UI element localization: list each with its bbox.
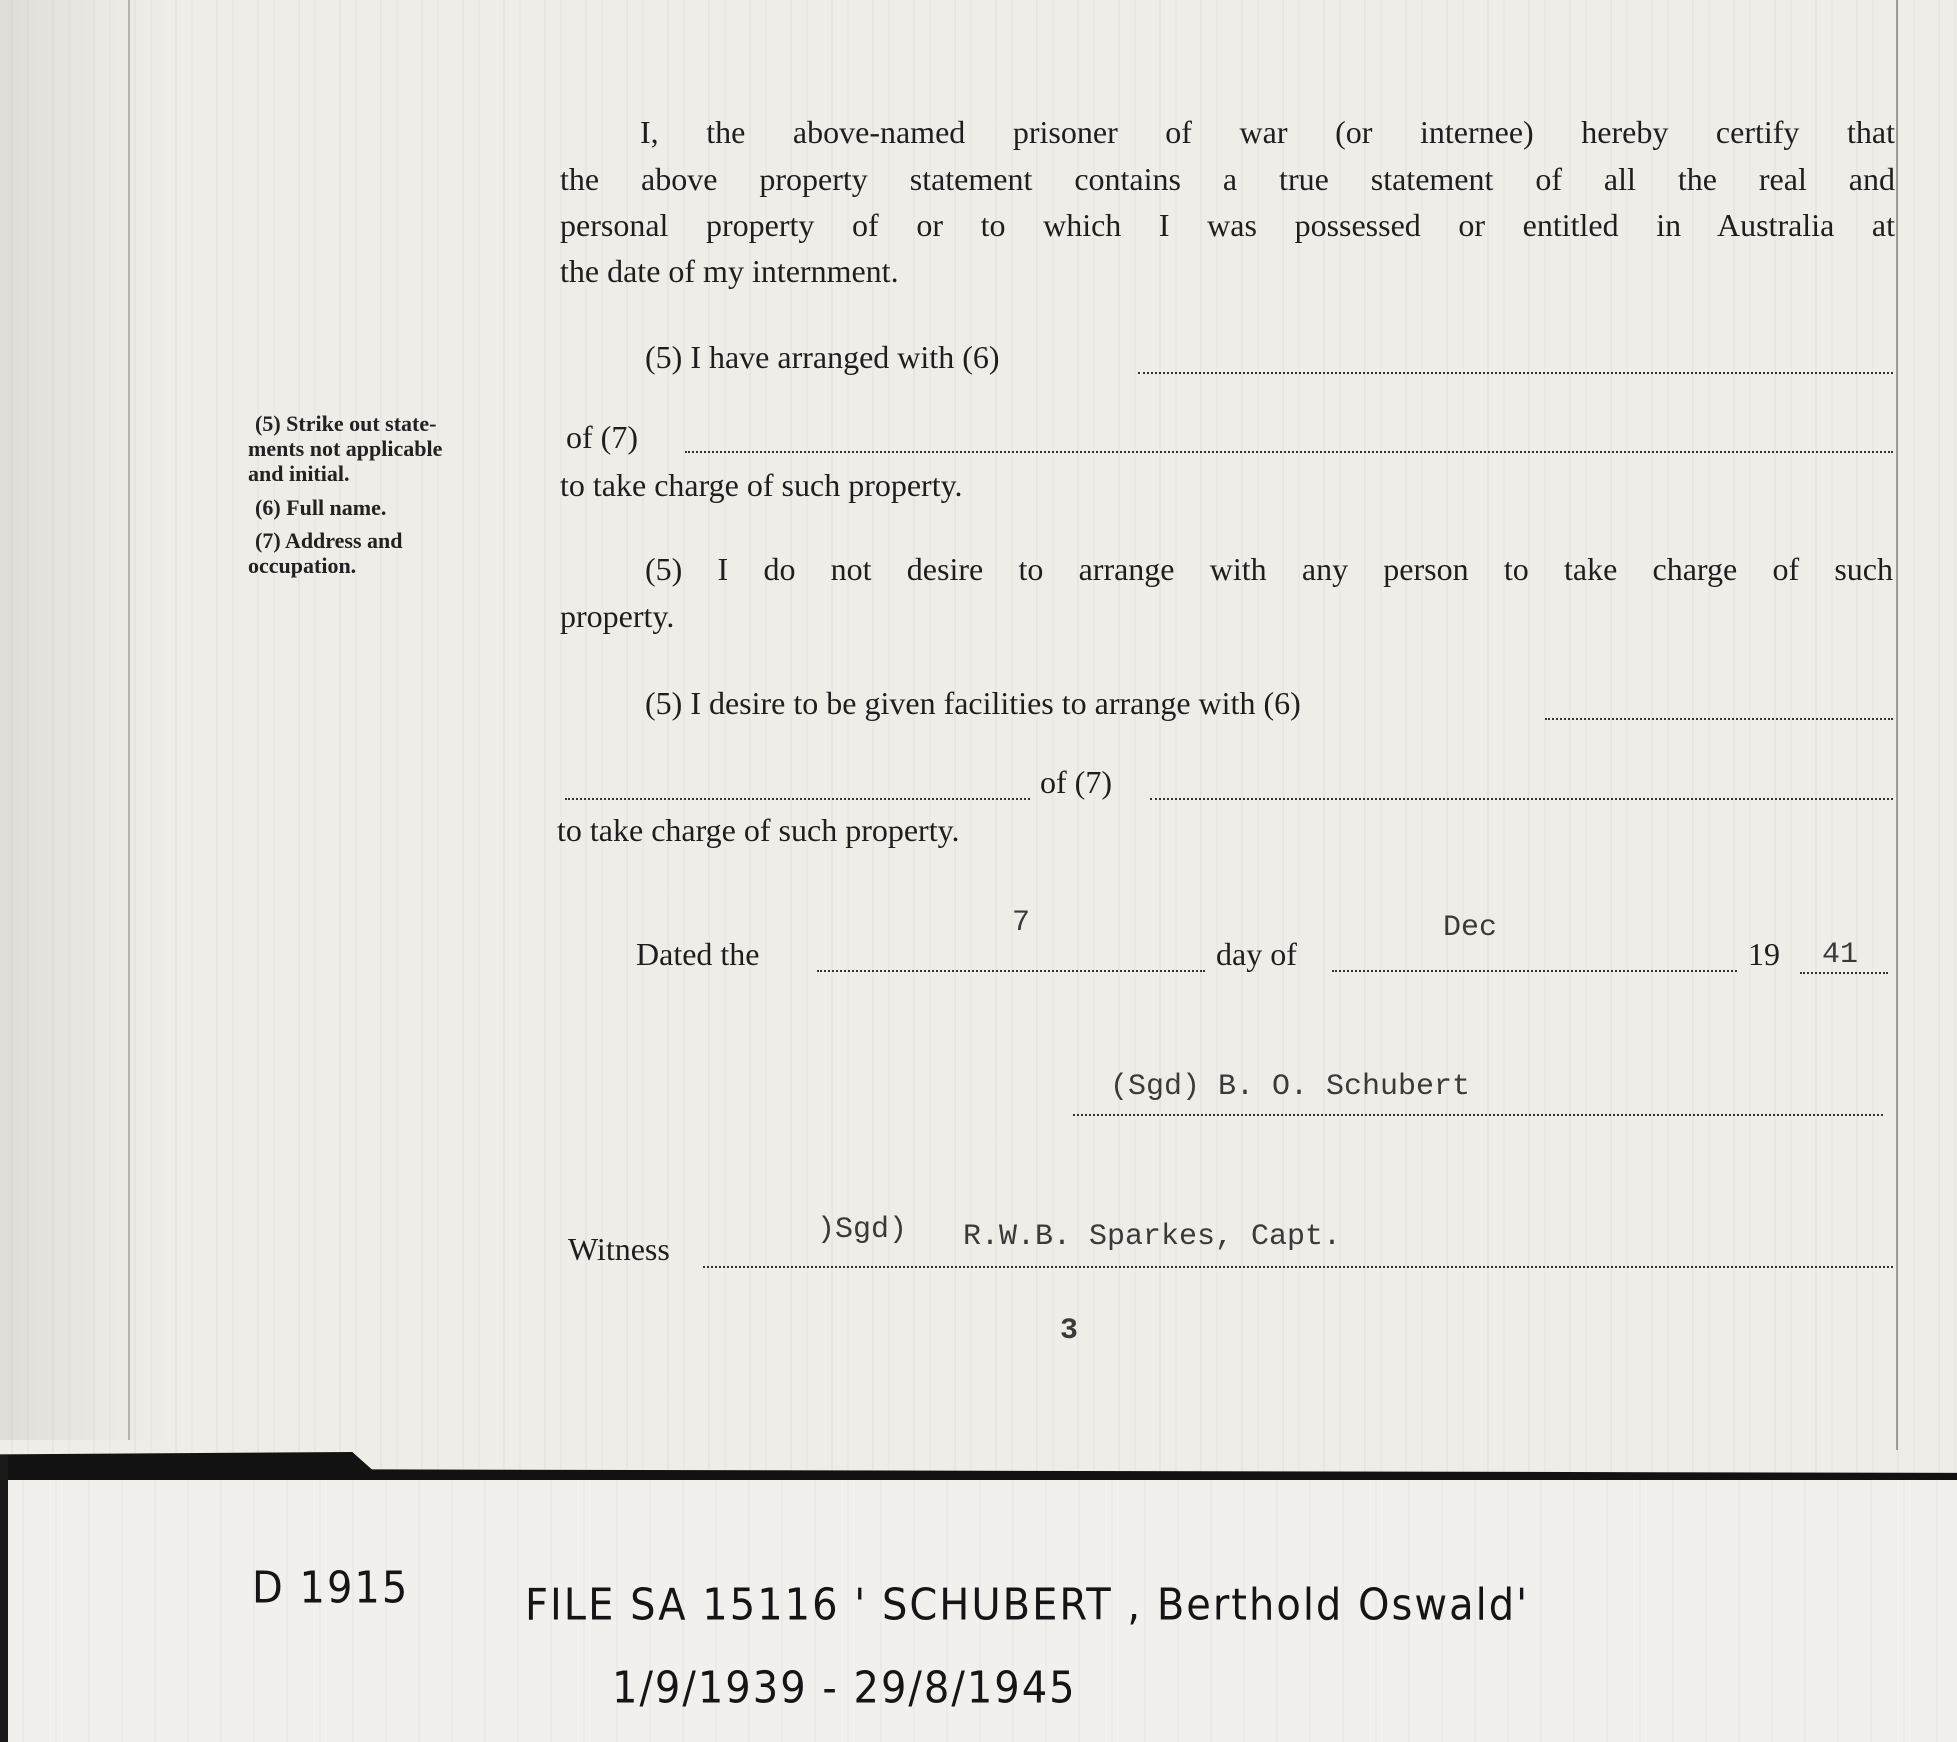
dated-year-field[interactable]	[1800, 972, 1888, 974]
archive-ref: D 1915	[252, 1566, 409, 1610]
margin-note-7a: (7) Address and	[255, 530, 403, 552]
option-3-name-field[interactable]	[1545, 718, 1893, 720]
option-1-name-field[interactable]	[1138, 372, 1893, 374]
signature-field[interactable]	[1073, 1114, 1883, 1116]
certification-line-1: I, the above-named prisoner of war (or i…	[640, 116, 1895, 148]
option-2-closing: property.	[560, 600, 674, 632]
page-number: 3	[1060, 1316, 1078, 1346]
option-3-address-field[interactable]	[1150, 798, 1893, 800]
option-1-address-field[interactable]	[685, 451, 1893, 453]
page-edge	[1896, 0, 1898, 1450]
fold-line	[128, 0, 130, 1440]
margin-note-5b: ments not applicable	[248, 438, 442, 460]
option-3-text: (5) I desire to be given facilities to a…	[645, 687, 1301, 719]
archive-file-line: FILE SA 15116 ' SCHUBERT , Berthold Oswa…	[525, 1583, 1529, 1627]
signature-text: (Sgd) B. O. Schubert	[1110, 1072, 1470, 1102]
century-label: 19	[1748, 938, 1780, 970]
archive-dates: 1/9/1939 - 29/8/1945	[612, 1666, 1077, 1710]
margin-note-5a: (5) Strike out state-	[255, 413, 436, 435]
card-left-edge	[0, 1455, 8, 1742]
witness-name: R.W.B. Sparkes, Capt.	[963, 1222, 1341, 1252]
witness-label: Witness	[568, 1233, 670, 1265]
margin-note-5c: and initial.	[248, 463, 349, 485]
option-3-of-label: of (7)	[1040, 766, 1112, 798]
dated-day-value: 7	[1012, 908, 1030, 938]
dated-month-value: Dec	[1443, 913, 1497, 943]
scan-smudge	[0, 0, 170, 1440]
dated-day-field[interactable]	[817, 970, 1205, 972]
option-1-closing: to take charge of such property.	[560, 469, 963, 501]
dated-label: Dated the	[636, 938, 760, 970]
option-2-text: (5) I do not desire to arrange with any …	[645, 553, 1893, 585]
margin-note-7b: occupation.	[248, 555, 356, 577]
option-3-name-field-cont[interactable]	[565, 798, 1030, 800]
option-3-closing: to take charge of such property.	[557, 814, 960, 846]
witness-field[interactable]	[703, 1266, 1893, 1268]
dated-month-field[interactable]	[1332, 970, 1737, 972]
witness-sgd: )Sgd)	[817, 1215, 907, 1245]
dated-year-value: 41	[1822, 940, 1858, 970]
certification-line-3: personal property of or to which I was p…	[560, 209, 1895, 241]
option-1-text: (5) I have arranged with (6)	[645, 341, 1000, 373]
margin-note-6: (6) Full name.	[255, 497, 386, 519]
certification-line-4: the date of my internment.	[560, 255, 899, 287]
certification-line-2: the above property statement contains a …	[560, 163, 1895, 195]
option-1-of-label: of (7)	[566, 421, 638, 453]
day-of-label: day of	[1216, 938, 1297, 970]
